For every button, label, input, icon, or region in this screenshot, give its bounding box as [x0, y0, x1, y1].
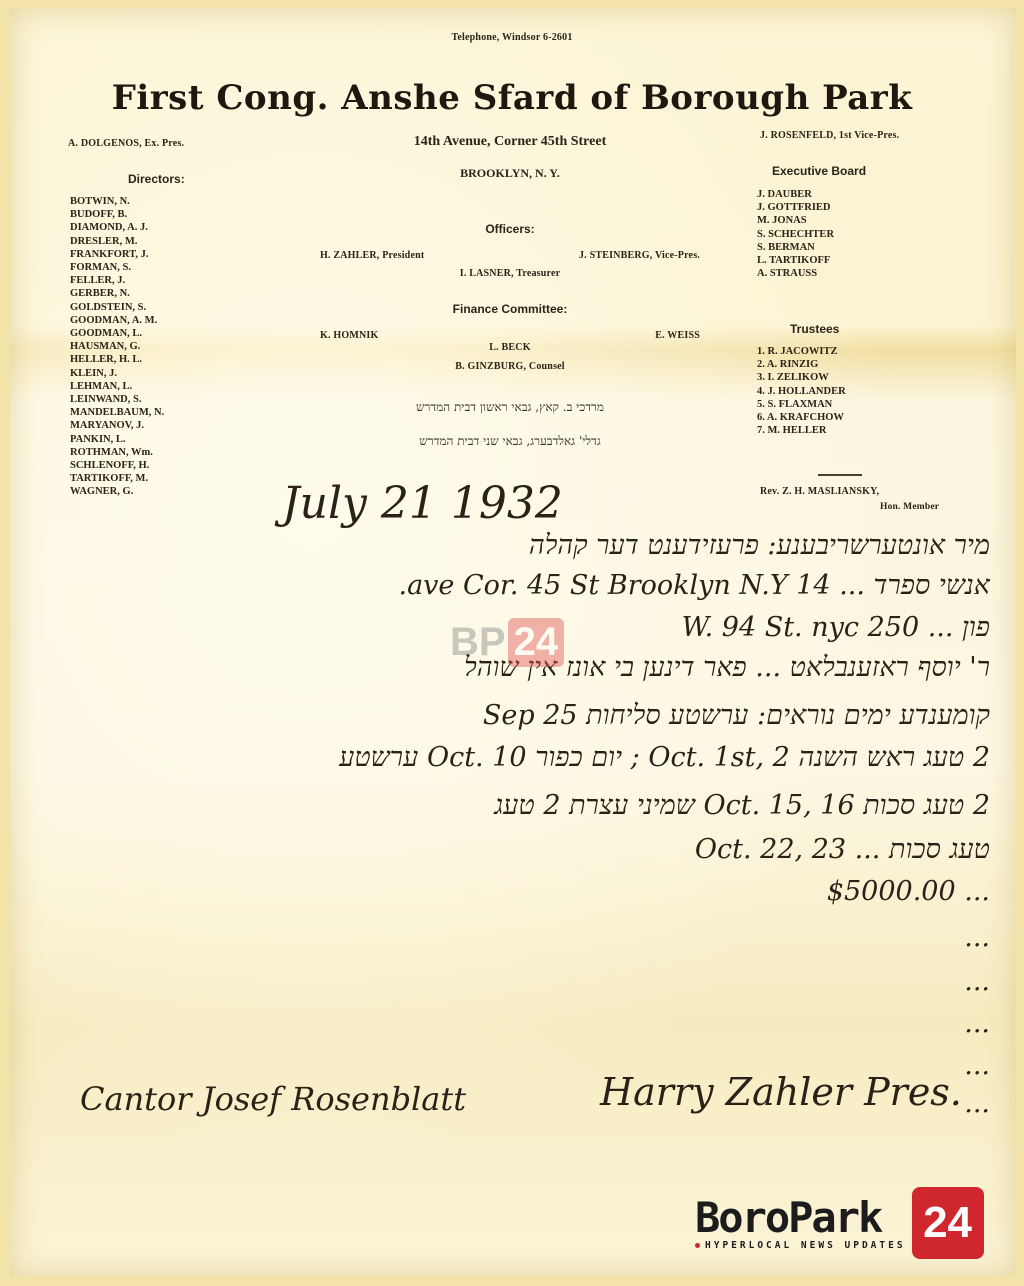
dot-icon [695, 1243, 700, 1248]
finance-member-center: L. BECK [300, 342, 720, 353]
director-name: GOODMAN, A. M. [70, 314, 164, 327]
director-name: MARYANOV, J. [70, 419, 164, 432]
trustee-name: 5. S. FLAXMAN [757, 398, 846, 411]
executive-board-name: M. JONAS [757, 214, 834, 227]
director-name: TARTIKOFF, M. [70, 472, 164, 485]
watermark: BP 24 [450, 607, 578, 677]
director-name: GOODMAN, L. [70, 327, 164, 340]
trustee-name: 4. J. HOLLANDER [757, 385, 846, 398]
counsel: B. GINZBURG, Counsel [300, 361, 720, 372]
trustee-name: 1. R. JACOWITZ [757, 345, 846, 358]
handwritten-line: טעג סכות ... Oct. 22, 23 [30, 834, 990, 865]
trustee-name: 7. M. HELLER [757, 424, 846, 437]
director-name: LEINWAND, S. [70, 393, 164, 406]
city: BROOKLYN, N. Y. [300, 166, 720, 181]
address: 14th Avenue, Corner 45th Street [300, 134, 720, 150]
executive-board-heading: Executive Board [772, 164, 866, 178]
executive-board-name: S. BERMAN [757, 241, 834, 254]
treasurer: I. LASNER, Treasurer [300, 268, 720, 279]
telephone: Telephone, Windsor 6-2601 [0, 32, 1024, 43]
officers-row: H. ZAHLER, President J. STEINBERG, Vice-… [320, 250, 700, 261]
handwritten-line: אנשי ספרד ... 14 ave Cor. 45 St Brooklyn… [30, 570, 990, 601]
handwritten-line: ... [30, 966, 990, 997]
honorary-title: Hon. Member [880, 502, 939, 512]
finance-member-left: K. HOMNIK [320, 330, 378, 341]
executive-board-list: J. DAUBERJ. GOTTFRIEDM. JONASS. SCHECHTE… [757, 188, 834, 280]
handwritten-line: קומענדע ימים נוראים: ערשטע סליחות Sep 25 [30, 700, 990, 731]
director-name: FELLER, J. [70, 274, 164, 287]
trustees-heading: Trustees [790, 322, 839, 336]
director-name: DIAMOND, A. J. [70, 221, 164, 234]
first-vice-president: J. ROSENFELD, 1st Vice-Pres. [760, 130, 899, 141]
director-name: HAUSMAN, G. [70, 340, 164, 353]
executive-board-name: A. STRAUSS [757, 267, 834, 280]
director-name: MANDELBAUM, N. [70, 406, 164, 419]
signature-cantor: Cantor Josef Rosenblatt [80, 1080, 466, 1118]
president: H. ZAHLER, President [320, 250, 424, 261]
ex-president: A. DOLGENOS, Ex. Pres. [68, 138, 184, 149]
hebrew-line-2: גדלי' גאלדבערג, גבאי שני דבית המדרש [300, 434, 720, 449]
directors-heading: Directors: [128, 172, 185, 186]
watermark-bp: BP [450, 620, 506, 665]
directors-list: BOTWIN, N.BUDOFF, B.DIAMOND, A. J.DRESLE… [70, 195, 164, 499]
logo-name: BoroPark [695, 1196, 906, 1240]
executive-board-name: S. SCHECHTER [757, 228, 834, 241]
watermark-24: 24 [508, 618, 565, 667]
handwritten-line: ... [30, 922, 990, 953]
logo-tagline: HYPERLOCAL NEWS UPDATES [695, 1240, 906, 1251]
director-name: FRANKFORT, J. [70, 248, 164, 261]
finance-heading: Finance Committee: [300, 302, 720, 316]
director-name: DRESLER, M. [70, 235, 164, 248]
trustee-name: 6. A. KRAFCHOW [757, 411, 846, 424]
logo-tagline-text: HYPERLOCAL NEWS UPDATES [705, 1240, 906, 1251]
letterhead-title: First Cong. Anshe Sfard of Borough Park [0, 78, 1024, 118]
handwritten-line: ... [30, 1008, 990, 1039]
trustees-list: 1. R. JACOWITZ2. A. RINZIG3. I. ZELIKOW4… [757, 345, 846, 437]
trustee-name: 2. A. RINZIG [757, 358, 846, 371]
vice-president: J. STEINBERG, Vice-Pres. [579, 250, 700, 261]
divider [818, 474, 862, 476]
director-name: ROTHMAN, Wm. [70, 446, 164, 459]
letter-date: July 21 1932 [282, 478, 563, 529]
director-name: GOLDSTEIN, S. [70, 301, 164, 314]
logo-badge: 24 [912, 1187, 984, 1259]
director-name: WAGNER, G. [70, 485, 164, 498]
director-name: FORMAN, S. [70, 261, 164, 274]
director-name: GERBER, N. [70, 287, 164, 300]
director-name: BOTWIN, N. [70, 195, 164, 208]
executive-board-name: L. TARTIKOFF [757, 254, 834, 267]
boropark24-logo[interactable]: BoroPark HYPERLOCAL NEWS UPDATES 24 [695, 1187, 984, 1259]
handwritten-line: מיר אונטערשריבענע: פרעזידענט דער קהלה [30, 530, 990, 561]
director-name: BUDOFF, B. [70, 208, 164, 221]
handwritten-line: 2 טעג ראש השנה Oct. 1st, 2 ; יום כפור Oc… [30, 742, 990, 773]
director-name: SCHLENOFF, H. [70, 459, 164, 472]
director-name: KLEIN, J. [70, 367, 164, 380]
executive-board-name: J. DAUBER [757, 188, 834, 201]
signature-president: Harry Zahler Pres. [600, 1070, 962, 1114]
handwritten-line: 2 טעג סכות Oct. 15, 16 שמיני עצרת 2 טעג [30, 790, 990, 821]
honorary-member: Rev. Z. H. MASLIANSKY, [760, 486, 879, 497]
director-name: LEHMAN, L. [70, 380, 164, 393]
officers-heading: Officers: [300, 222, 720, 236]
finance-row: K. HOMNIK E. WEISS [320, 330, 700, 341]
trustee-name: 3. I. ZELIKOW [757, 371, 846, 384]
executive-board-name: J. GOTTFRIED [757, 201, 834, 214]
handwritten-line: ... $5000.00 [30, 876, 990, 907]
hebrew-line-1: מרדכי ב. קאץ, גבאי ראשון דבית המדרש [300, 400, 720, 415]
director-name: PANKIN, L. [70, 433, 164, 446]
finance-member-right: E. WEISS [655, 330, 700, 341]
director-name: HELLER, H. L. [70, 353, 164, 366]
